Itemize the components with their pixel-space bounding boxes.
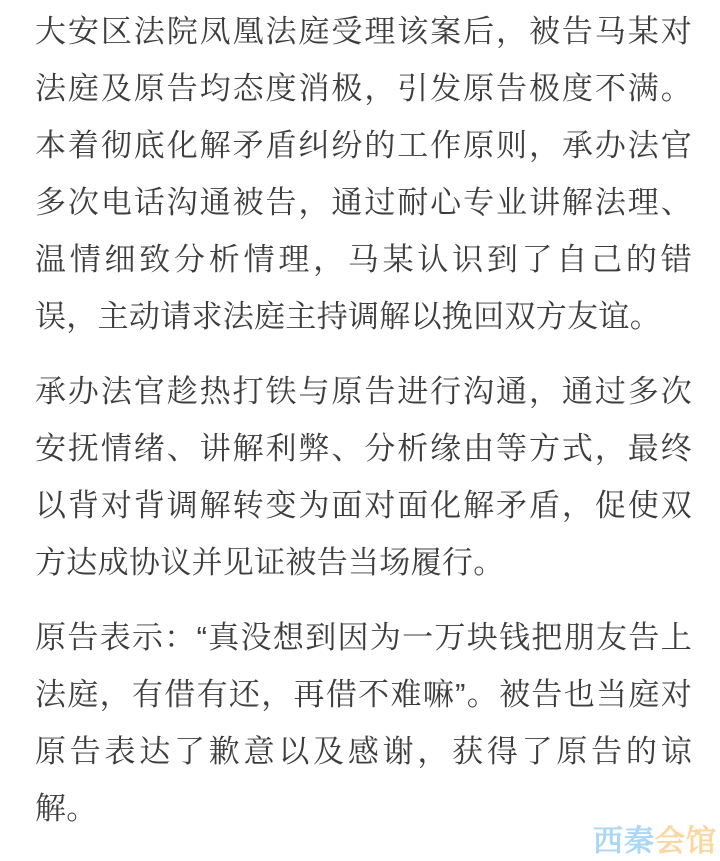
paragraph-1: 大安区法院凤凰法庭受理该案后，被告马某对法庭及原告均态度消极，引发原告极度不满。… [35, 3, 692, 345]
paragraph-2: 承办法官趁热打铁与原告进行沟通，通过多次安抚情绪、讲解利弊、分析缘由等方式，最终… [35, 363, 692, 591]
watermark-logo: 西秦会馆 [593, 827, 717, 857]
article-body: 大安区法院凤凰法庭受理该案后，被告马某对法庭及原告均态度消极，引发原告极度不满。… [0, 0, 720, 837]
watermark-text-xiqin: 西秦 [593, 825, 655, 858]
paragraph-3: 原告表示：“真没想到因为一万块钱把朋友告上法庭，有借有还，再借不难嘛”。被告也当… [35, 609, 692, 837]
watermark-text-huiguan: 会馆 [655, 825, 717, 858]
